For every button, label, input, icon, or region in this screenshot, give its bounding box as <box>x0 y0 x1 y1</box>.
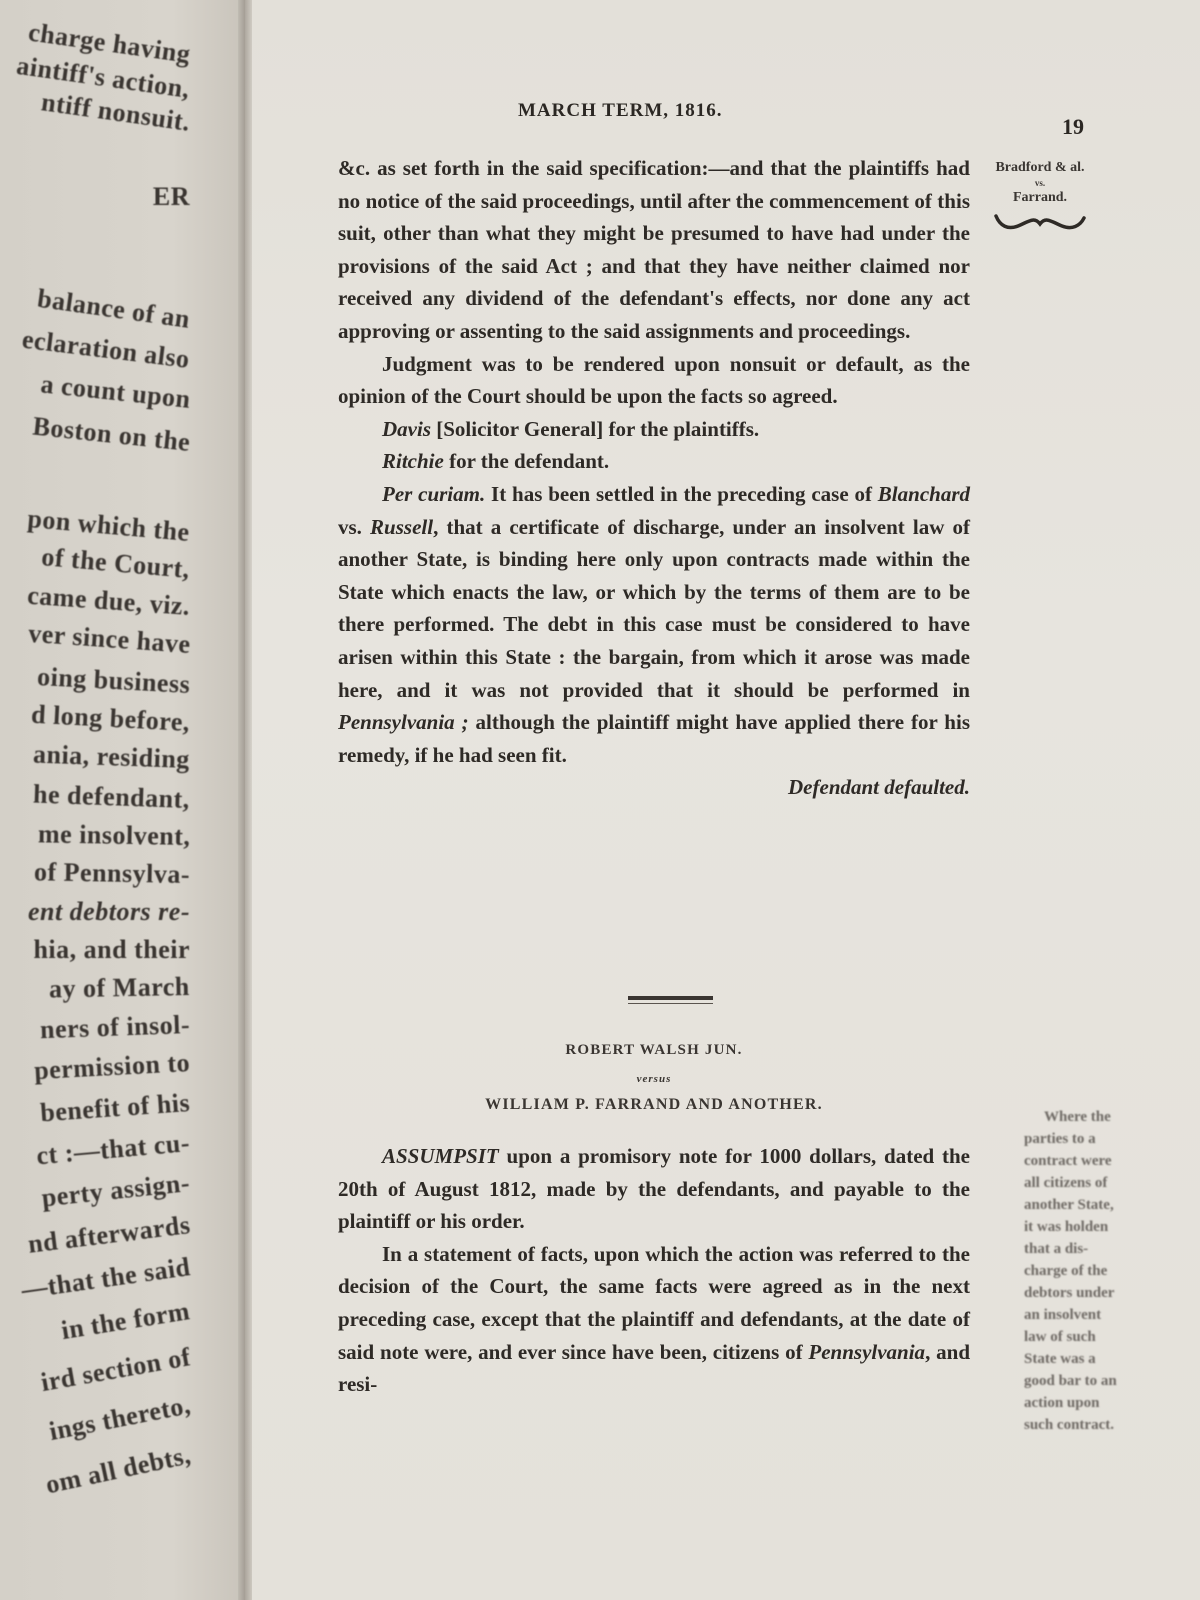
headnote-line: parties to a <box>1024 1128 1156 1150</box>
headnote-line: that a dis- <box>1024 1238 1156 1260</box>
left-page-line: a count upon <box>39 369 192 415</box>
divider-thick <box>628 996 713 1000</box>
paragraph: Judgment was to be rendered upon nonsuit… <box>338 348 970 413</box>
left-page-line: of the Court, <box>40 542 191 585</box>
headnote-line: such contract. <box>1024 1414 1156 1436</box>
left-page-line: om all debts, <box>43 1440 193 1500</box>
case1-continuation: &c. as set forth in the said specificati… <box>338 152 970 804</box>
left-page-line: permission to <box>33 1048 190 1086</box>
left-page-line: ings thereto, <box>47 1390 193 1447</box>
text-run: It has been settled in the preceding cas… <box>485 482 878 506</box>
counsel-name: Ritchie <box>382 449 444 473</box>
left-page-line: oing business <box>36 662 191 700</box>
left-page-line: of Pennsylva- <box>34 857 190 890</box>
margin-note-headnote: Where theparties to acontract wereall ci… <box>1024 1106 1156 1436</box>
counsel-name: Davis <box>382 417 431 441</box>
counsel-defendant: Ritchie for the defendant. <box>338 445 970 478</box>
disposition: Defendant defaulted. <box>338 771 970 804</box>
state-name: Pennsylvania ; <box>338 710 469 734</box>
left-page-line: in the form <box>60 1296 193 1346</box>
case2-body: ASSUMPSIT upon a promisory note for 1000… <box>338 1140 970 1401</box>
headnote-line: debtors under <box>1024 1282 1156 1304</box>
left-page-line: —that the said <box>19 1252 192 1305</box>
margin-note-line: Farrand. <box>1013 190 1067 205</box>
left-page-line: pon which the <box>27 504 192 548</box>
case-party: Russell <box>370 515 433 539</box>
left-page-line: ird section of <box>38 1342 192 1398</box>
divider-thin <box>628 1003 713 1004</box>
state-name: Pennsylvania <box>808 1340 925 1364</box>
left-page-line: benefit of his <box>39 1088 191 1128</box>
case-defendant: WILLIAM P. FARRAND AND ANOTHER. <box>338 1096 970 1114</box>
left-page-line: d long before, <box>31 700 191 738</box>
left-page-line: Boston on the <box>31 412 191 458</box>
section-divider <box>628 996 713 1004</box>
headnote-line: good bar to an <box>1024 1370 1156 1392</box>
margin-note-line: Bradford & al. <box>995 160 1084 175</box>
left-page-line: ay of March <box>49 972 190 1004</box>
curly-brace-icon <box>994 212 1086 234</box>
opinion-paragraph: Per curiam. It has been settled in the p… <box>338 478 970 771</box>
headnote-line: State was a <box>1024 1348 1156 1370</box>
action-type: ASSUMPSIT <box>382 1144 499 1168</box>
left-page-line: ent debtors re- <box>28 897 190 927</box>
left-page-line: ct :—that cu- <box>35 1128 191 1171</box>
headnote-line: law of such <box>1024 1326 1156 1348</box>
case-plaintiff: ROBERT WALSH JUN. <box>338 1042 970 1059</box>
margin-note-vs: vs. <box>980 178 1100 188</box>
left-page-line: ver since have <box>27 619 191 660</box>
margin-note-case-name: Bradford & al. vs. Farrand. <box>980 158 1100 234</box>
left-page-line: me insolvent, <box>37 819 190 852</box>
left-page-line: eclaration also <box>21 325 192 375</box>
counsel-role: [Solicitor General] for the plaintiffs. <box>431 417 759 441</box>
headnote-line: charge of the <box>1024 1260 1156 1282</box>
case-versus: versus <box>338 1073 970 1085</box>
paragraph: &c. as set forth in the said specificati… <box>338 152 970 348</box>
paragraph: In a statement of facts, upon which the … <box>338 1238 970 1401</box>
left-page-line: came due, viz. <box>26 581 191 622</box>
headnote-line: another State, <box>1024 1194 1156 1216</box>
left-page-line: ania, residing <box>33 740 191 775</box>
left-page-line: ER <box>153 182 190 212</box>
left-facing-page: charge havingaintiff's action,ntiff nons… <box>0 0 245 1600</box>
paragraph: ASSUMPSIT upon a promisory note for 1000… <box>338 1140 970 1238</box>
left-page-line: perty assign- <box>40 1168 191 1213</box>
left-page-line: balance of an <box>36 284 193 335</box>
counsel-plaintiffs: Davis [Solicitor General] for the plaint… <box>338 413 970 446</box>
left-page-line: hia, and their <box>33 935 190 965</box>
left-page-line: nd afterwards <box>26 1210 192 1260</box>
text-run: , that a certificate of discharge, under… <box>338 515 970 702</box>
headnote-line: action upon <box>1024 1392 1156 1414</box>
book-gutter <box>238 0 252 1600</box>
case-party: Blanchard <box>878 482 970 506</box>
headnote-line: contract were <box>1024 1150 1156 1172</box>
running-head: MARCH TERM, 1816. <box>518 100 723 122</box>
counsel-role: for the defendant. <box>444 449 609 473</box>
left-page-line: ners of insol- <box>40 1010 191 1045</box>
headnote-line: Where the <box>1024 1106 1156 1128</box>
headnote-line: an insolvent <box>1024 1304 1156 1326</box>
opinion-label: Per curiam. <box>382 482 485 506</box>
text-run: vs. <box>338 515 370 539</box>
headnote-line: all citizens of <box>1024 1172 1156 1194</box>
headnote-line: it was holden <box>1024 1216 1156 1238</box>
page-number: 19 <box>1062 114 1084 140</box>
left-page-line: he defendant, <box>33 780 191 815</box>
